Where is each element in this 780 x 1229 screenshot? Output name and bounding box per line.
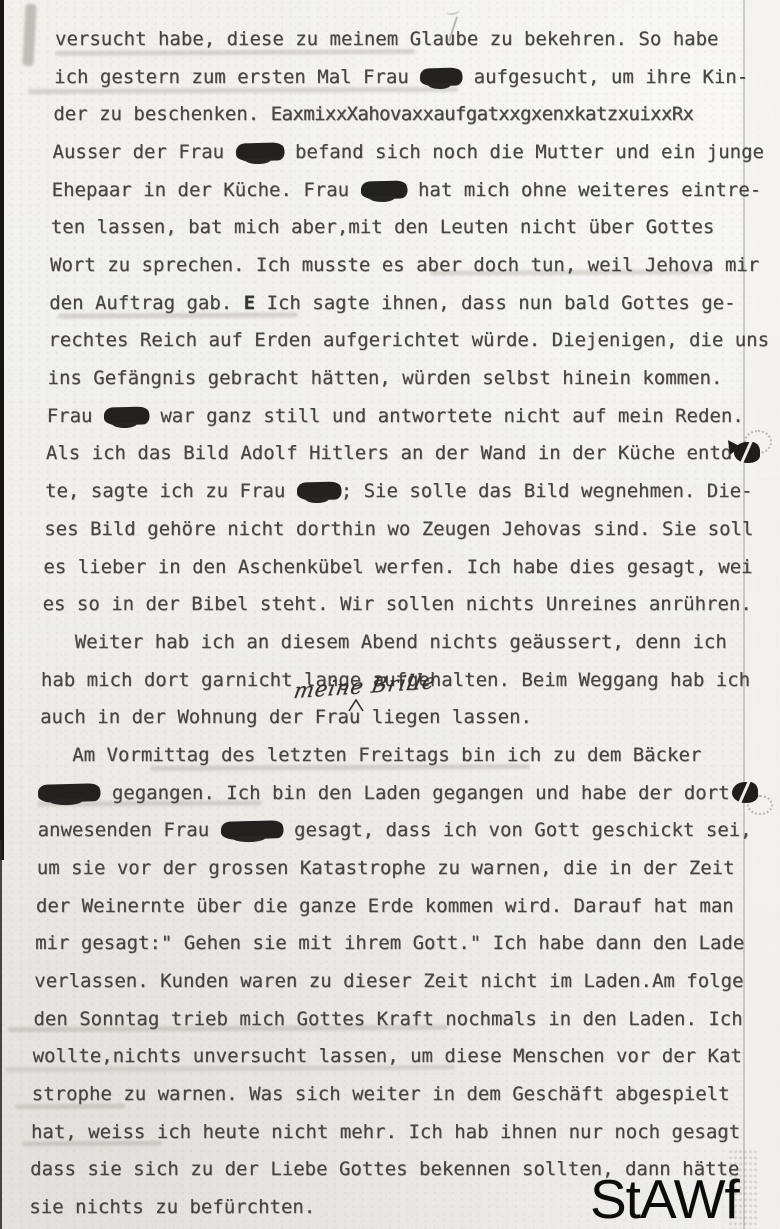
text-run: ; Sie solle das Bild wegnehmen. Die-: [341, 480, 753, 502]
redaction-mark: [420, 67, 462, 85]
redaction-mark: [38, 783, 100, 802]
text-run: te, sagte ich zu Frau: [45, 480, 297, 502]
typed-line: gegangen. Ich bin den Laden gegangen und…: [38, 782, 757, 804]
typed-line: ses Bild gehöre nicht dorthin wo Zeugen …: [44, 518, 753, 540]
scan-edge-strip-lower: [0, 840, 2, 1229]
text-run: Ausser der Frau: [53, 141, 236, 163]
text-run: Wort zu sprechen. Ich musste es aber doc…: [50, 254, 759, 276]
typed-line: mir gesagt:" Gehen sie mit ihrem Gott." …: [35, 932, 744, 954]
text-run: mir gesagt:" Gehen sie mit ihrem Gott." …: [35, 932, 744, 954]
typed-line: ten lassen, bat mich aber,mit den Leuten…: [51, 216, 714, 238]
text-run: ses Bild gehöre nicht dorthin wo Zeugen …: [44, 518, 753, 540]
scanned-document-page: versucht habe, diese zu meinem Glaube zu…: [0, 0, 780, 1229]
text-run: um sie vor der grossen Katastrophe zu wa…: [37, 857, 735, 879]
archive-watermark: StAWf: [590, 1172, 739, 1227]
redaction-mark: [104, 406, 149, 424]
insertion-caret-icon: [348, 699, 364, 712]
text-run: anwesenden Frau: [38, 819, 221, 841]
text-run: ins Gefängnis gebracht hätten, würden se…: [48, 367, 723, 389]
typed-line: Am Vormittag des letzten Freitags bin ic…: [72, 744, 701, 766]
redaction-mark: [235, 142, 283, 160]
text-run: der zu beschenken.: [53, 103, 270, 125]
typed-line: den Auftrag gab. E Ich sagte ihnen, dass…: [49, 292, 735, 314]
text-run: ich gestern zum ersten Mal Frau: [54, 66, 420, 88]
typed-line: rechtes Reich auf Erden aufgerichtet wür…: [48, 329, 769, 351]
text-run: es lieber in den Aschenkübel werfen. Ich…: [43, 556, 752, 578]
typed-line: versucht habe, diese zu meinem Glaube zu…: [55, 28, 718, 50]
text-run: Ehepaar in der Küche. Frau: [52, 179, 361, 201]
text-run: Als ich das Bild Adolf Hitlers an der Wa…: [46, 442, 732, 464]
text-run: wollte,nichts unversucht lassen, um dies…: [33, 1045, 742, 1067]
text-run: auch in der Wohnung der Frau liegen lass…: [40, 706, 532, 728]
text-run: befand sich noch die Mutter und ein jung…: [284, 141, 764, 163]
text-run: der Weinernte über die ganze Erde kommen…: [36, 895, 734, 917]
text-run: gegangen. Ich bin den Laden gegangen und…: [100, 782, 729, 804]
text-run: E: [244, 292, 255, 314]
redaction-mark: [220, 820, 282, 839]
text-run: strophe zu warnen. Was sich weiter in de…: [32, 1083, 730, 1105]
typed-line: der Weinernte über die ganze Erde kommen…: [36, 895, 734, 917]
typed-line: strophe zu warnen. Was sich weiter in de…: [32, 1083, 730, 1105]
typed-line: te, sagte ich zu Frau ; Sie solle das Bi…: [45, 480, 752, 502]
typed-line: verlassen. Kunden waren zu dieser Zeit n…: [34, 970, 743, 992]
text-run: aufgesucht, um ihre Kin-: [462, 66, 748, 88]
scan-edge-strip: [0, 0, 4, 860]
pencil-squiggle-mark: [445, 5, 461, 17]
typed-line: Wort zu sprechen. Ich musste es aber doc…: [50, 254, 759, 276]
struck-out-text: EaxmixxXahovaxxaufgatxxgxenxkatzxuixxRx: [271, 103, 694, 125]
typed-line: Frau war ganz still und antwortete nicht…: [47, 405, 744, 427]
text-run: versucht habe, diese zu meinem Glaube zu…: [55, 28, 718, 50]
typed-line: Als ich das Bild Adolf Hitlers an der Wa…: [46, 442, 760, 464]
typed-line: hat, weiss ich heute nicht mehr. Ich hab…: [31, 1121, 740, 1143]
typed-line: sie nichts zu befürchten.: [29, 1196, 315, 1218]
typed-line: wollte,nichts unversucht lassen, um dies…: [33, 1045, 742, 1067]
typed-line: auch in der Wohnung der Frau liegen lass…: [40, 706, 532, 728]
text-run: gesagt, dass ich von Gott geschickt sei,: [283, 819, 752, 841]
typed-line: anwesenden Frau gesagt, dass ich von Got…: [38, 819, 752, 841]
typed-line: der zu beschenken. EaxmixxXahovaxxaufgat…: [53, 103, 693, 125]
text-run: verlassen. Kunden waren zu dieser Zeit n…: [34, 970, 743, 992]
text-run: hat, weiss ich heute nicht mehr. Ich hab…: [31, 1121, 740, 1143]
text-run: den Sonntag trieb mich Gottes Kraft noch…: [33, 1008, 742, 1030]
ink-blot: [732, 782, 758, 803]
text-run: war ganz still und antwortete nicht auf …: [149, 405, 744, 427]
text-run: rechtes Reich auf Erden aufgerichtet wür…: [48, 329, 769, 351]
typed-line: ich gestern zum ersten Mal Frau aufgesuc…: [54, 66, 748, 88]
ink-blot: [734, 442, 760, 463]
text-run: es so in der Bibel steht. Wir sollen nic…: [43, 593, 752, 615]
redaction-mark: [296, 482, 340, 500]
typed-line: den Sonntag trieb mich Gottes Kraft noch…: [33, 1008, 742, 1030]
typed-line: Ehepaar in der Küche. Frau hat mich ohne…: [52, 179, 761, 201]
typed-line: es lieber in den Aschenkübel werfen. Ich…: [43, 556, 752, 578]
text-run: sie nichts zu befürchten.: [29, 1196, 315, 1218]
redaction-mark: [360, 180, 406, 198]
text-run: hat mich ohne weiteres eintre-: [407, 179, 762, 201]
text-run: ten lassen, bat mich aber,mit den Leuten…: [51, 216, 714, 238]
typed-line: Weiter hab ich an diesem Abend nichts ge…: [75, 631, 727, 653]
typed-line: Ausser der Frau befand sich noch die Mut…: [53, 141, 764, 163]
margin-smudge-mark: [22, 4, 36, 66]
typed-line: um sie vor der grossen Katastrophe zu wa…: [37, 857, 735, 879]
text-run: Weiter hab ich an diesem Abend nichts ge…: [75, 631, 727, 653]
text-run: den Auftrag gab.: [49, 292, 243, 314]
text-run: Ich sagte ihnen, dass nun bald Gottes ge…: [255, 292, 735, 314]
text-run: Frau: [47, 405, 104, 427]
typed-line: ins Gefängnis gebracht hätten, würden se…: [48, 367, 723, 389]
smudge-mark: [55, 49, 415, 56]
text-run: Am Vormittag des letzten Freitags bin ic…: [72, 744, 701, 766]
typed-line: es so in der Bibel steht. Wir sollen nic…: [43, 593, 752, 615]
